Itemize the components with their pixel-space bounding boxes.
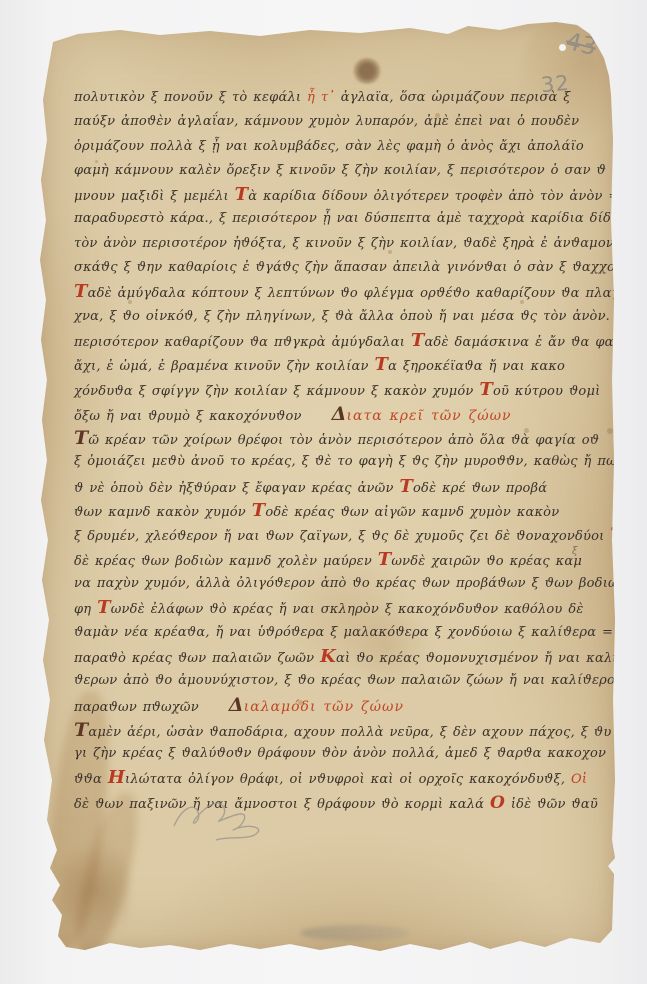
- water-stain-corner: [60, 835, 130, 945]
- ink-stain-top: [352, 58, 382, 84]
- manuscript-line: ἄχι, ἐ ὠμά, ἐ βραμένα κινοῦν ζὴν κοιλίαν…: [74, 353, 596, 377]
- manuscript-line: Ταδὲ ἀμύγδαλα κόπτουν ξ λεπτύνων ϑο φλέγ…: [74, 280, 596, 304]
- manuscript-line: σκάϑς ξ ϑην καθαρίοις ἐ ϑγάϑς ζὴν ἅπασαν…: [74, 256, 596, 280]
- manuscript-line: γι ζὴν κρέας ξ ϑαλύϑοϑν θράφουν ϑὸν ἀνὸν…: [74, 742, 596, 766]
- manuscript-line: χόνδυϑα ξ σφίγγν ζὴν κοιλίαν ξ κάμνουν ξ…: [74, 378, 596, 402]
- manuscript-line: δὲ ϑων παξινῶν ἤ ναι ἄμνοστοι ξ θράφουν …: [74, 791, 596, 815]
- manuscript-line: παραϑων πϑωχῶνΔιαλαμόδι τῶν ζώων: [74, 693, 596, 717]
- pencil-scribble: [168, 788, 278, 848]
- manuscript-line: πολυτικὸν ξ πονοῦν ξ τὸ κεφάλι ἦ τ᾽ ἀγλα…: [74, 86, 596, 110]
- bottom-smudge: [300, 925, 410, 941]
- foxing-dot: [607, 428, 613, 434]
- manuscript-line: τὸν ἀνὸν περισοτέρον ἡϑόξτα, ξ κινοῦν ξ …: [74, 232, 596, 256]
- manuscript-line: ϑων καμνδ κακὸν χυμόν Τοδὲ κρέας ϑων αἰγ…: [74, 499, 596, 523]
- manuscript-line: ϑϑα Ηιλώτατα ὀλίγον θράφι, οἱ νϑυφροὶ κα…: [74, 766, 596, 790]
- manuscript-page: 43 32 πολυτικὸν ξ πονοῦν ξ τὸ κεφάλι ἦ τ…: [0, 0, 647, 984]
- manuscript-line: φαμὴ κάμνουν καλὲν ὄρεξιν ξ κινοῦν ξ ζὴν…: [74, 159, 596, 183]
- manuscript-line: χνα, ξ ϑο οἰνκόϑ, ξ ζὴν πληγίνων, ξ ϑὰ ἄ…: [74, 305, 596, 329]
- manuscript-line: ϑ νὲ ὁποὺ δὲν ἠξϑύραν ξ ἔφαγαν κρέας ἀνῶ…: [74, 475, 596, 499]
- manuscript-line: ϑαμὰν νέα κρέαϑα, ἤ ναι ὑϑρόϑερα ξ μαλακ…: [74, 621, 596, 645]
- scan-background: 43 32 πολυτικὸν ξ πονοῦν ξ τὸ κεφάλι ἦ τ…: [0, 0, 647, 984]
- manuscript-line: ὁριμάζουν πολλὰ ξ ᾖ ναι κολυμβάδες, σὰν …: [74, 135, 596, 159]
- manuscript-line: περισότερον καθαρίζουν ϑα πϑγκρὰ ἀμύγδαλ…: [74, 329, 596, 353]
- manuscript-line: δὲ κρέας ϑων βοδιὼν καμνδ χολὲν μαύρεν Τ…: [74, 548, 596, 572]
- manuscript-line: ὄξω ἤ ναι ϑρυμὸ ξ κακοχόνυϑονΔιατα κρεῖ …: [74, 402, 596, 426]
- manuscript-line: παύξν ἀποϑὲν ἀγλαΐαν, κάμνουν χυμὸν λυπα…: [74, 110, 596, 134]
- margin-mark: ξ: [572, 546, 578, 557]
- manuscript-line: παραδυρεστὸ κάρα., ξ περισότερον ᾖ ναι δ…: [74, 207, 596, 231]
- manuscript-line: Τῶ κρέαν τῶν χοίρων θρέφοι τὸν ἀνὸν περι…: [74, 426, 596, 450]
- manuscript-line: ξ δρυμέν, χλεόϑερον ἤ ναι ϑων ζαϊγων, ξ …: [74, 523, 596, 547]
- manuscript-line: ξ ὁμοιάζει μεϑὺ ἀνοῦ το κρέας, ξ ϑὲ το φ…: [74, 450, 596, 474]
- manuscript-line: φη Τωνδὲ ἐλάφων ϑὸ κρέας ἤ ναι σκληρὸν ξ…: [74, 596, 596, 620]
- manuscript-line: μνουν μαξιδὶ ξ μεμέλι Τὰ καρίδια δίδουν …: [74, 183, 596, 207]
- manuscript-line: Ταμὲν ἀέρι, ὡσὰν ϑαποδάρια, αχουν πολλὰ …: [74, 718, 596, 742]
- manuscript-line: να παχὺν χυμόν, ἀλλὰ ὀλιγόϑερον ἀπὸ ϑο κ…: [74, 572, 596, 596]
- manuscript-line: ϑερων ἀπὸ ϑο ἀμουνύχιστον, ξ ϑο κρέας ϑω…: [74, 669, 596, 693]
- manuscript-line: παραϑὸ κρέας ϑων παλαιῶν ζωῶν Καὶ ϑο κρέ…: [74, 645, 596, 669]
- text-block: πολυτικὸν ξ πονοῦν ξ τὸ κεφάλι ἦ τ᾽ ἀγλα…: [74, 86, 596, 815]
